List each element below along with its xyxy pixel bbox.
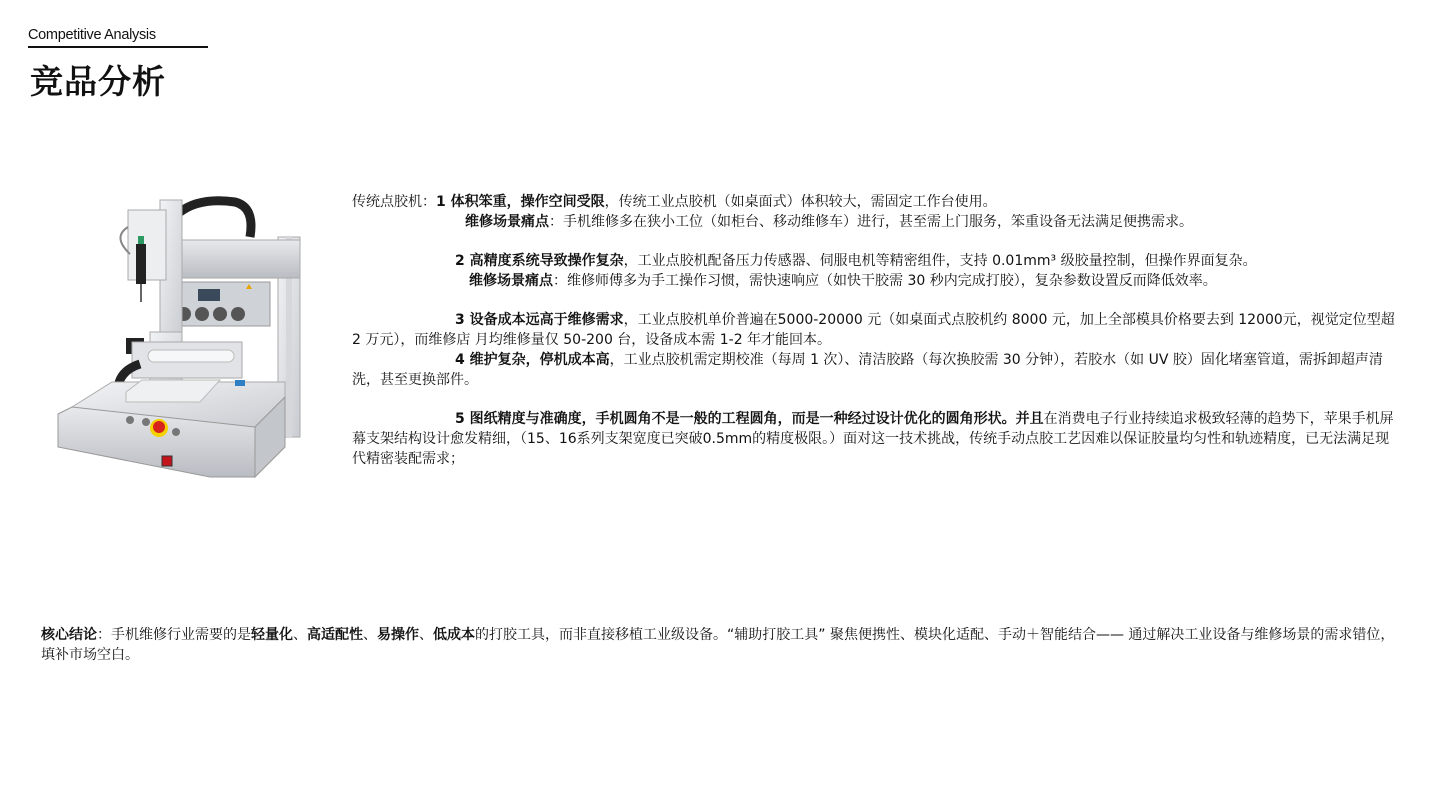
dispensing-machine-image	[50, 192, 320, 482]
item-heading: 1 体积笨重，操作空间受限	[436, 194, 605, 210]
analysis-item-5: 5 图纸精度与准确度，手机圆角不是一般的工程圆角，而是一种经过设计优化的圆角形状…	[352, 409, 1397, 469]
page-title: 竞品分析	[30, 56, 166, 103]
subtitle-en: Competitive Analysis	[28, 27, 156, 43]
analysis-item-1: 传统点胶机：1 体积笨重，操作空间受限，传统工业点胶机（如桌面式）体积较大，需固…	[352, 192, 1397, 212]
item-heading: 2 高精度系统导致操作复杂	[455, 253, 624, 269]
title-underline	[28, 46, 208, 48]
analysis-item-2: 2 高精度系统导致操作复杂，工业点胶机配备压力传感器、伺服电机等精密组件，支持 …	[352, 251, 1397, 271]
pain-label: 维修场景痛点	[469, 273, 553, 289]
analysis-item-3: 3 设备成本远高于维修需求，工业点胶机单价普遍在5000-20000 元（如桌面…	[352, 310, 1397, 350]
keyword-adaptability: 高适配性	[307, 627, 363, 643]
pain-point-2: 维修场景痛点：维修师傅多为手工操作习惯，需快速响应（如快干胶需 30 秒内完成打…	[352, 271, 1397, 291]
item-text: ，传统工业点胶机（如桌面式）体积较大，需固定工作台使用。	[605, 194, 997, 210]
item-heading: 4 维护复杂，停机成本高	[455, 352, 610, 368]
conclusion-label: 核心结论	[41, 627, 97, 643]
pain-text: ：手机维修多在狭小工位（如柜台、移动维修车）进行，甚至需上门服务，笨重设备无法满…	[549, 214, 1193, 230]
separator: 、	[419, 627, 433, 643]
separator: 、	[293, 627, 307, 643]
item-heading: 3 设备成本远高于维修需求	[455, 312, 624, 328]
item-heading: 5 图纸精度与准确度，手机圆角不是一般的工程圆角，而是一种经过设计优化的圆角形状…	[455, 411, 1044, 427]
analysis-section: 传统点胶机：1 体积笨重，操作空间受限，传统工业点胶机（如桌面式）体积较大，需固…	[352, 192, 1397, 469]
analysis-lead-label: 传统点胶机：	[352, 194, 436, 210]
analysis-item-4: 4 维护复杂，停机成本高，工业点胶机需定期校准（每周 1 次）、清洁胶路（每次换…	[352, 350, 1397, 390]
separator: 、	[363, 627, 377, 643]
keyword-easy-operation: 易操作	[377, 627, 419, 643]
pain-label: 维修场景痛点	[465, 214, 549, 230]
conclusion-text: ：手机维修行业需要的是	[97, 627, 251, 643]
item-text: ，工业点胶机配备压力传感器、伺服电机等精密组件，支持 0.01mm³ 级胶量控制…	[624, 253, 1257, 269]
keyword-lightweight: 轻量化	[251, 627, 293, 643]
pain-point-1: 维修场景痛点：手机维修多在狭小工位（如柜台、移动维修车）进行，甚至需上门服务，笨…	[352, 212, 1397, 232]
keyword-low-cost: 低成本	[433, 627, 475, 643]
pain-text: ：维修师傅多为手工操作习惯，需快速响应（如快干胶需 30 秒内完成打胶），复杂参…	[553, 273, 1217, 289]
core-conclusion: 核心结论：手机维修行业需要的是轻量化、高适配性、易操作、低成本的打胶工具，而非直…	[41, 625, 1401, 665]
